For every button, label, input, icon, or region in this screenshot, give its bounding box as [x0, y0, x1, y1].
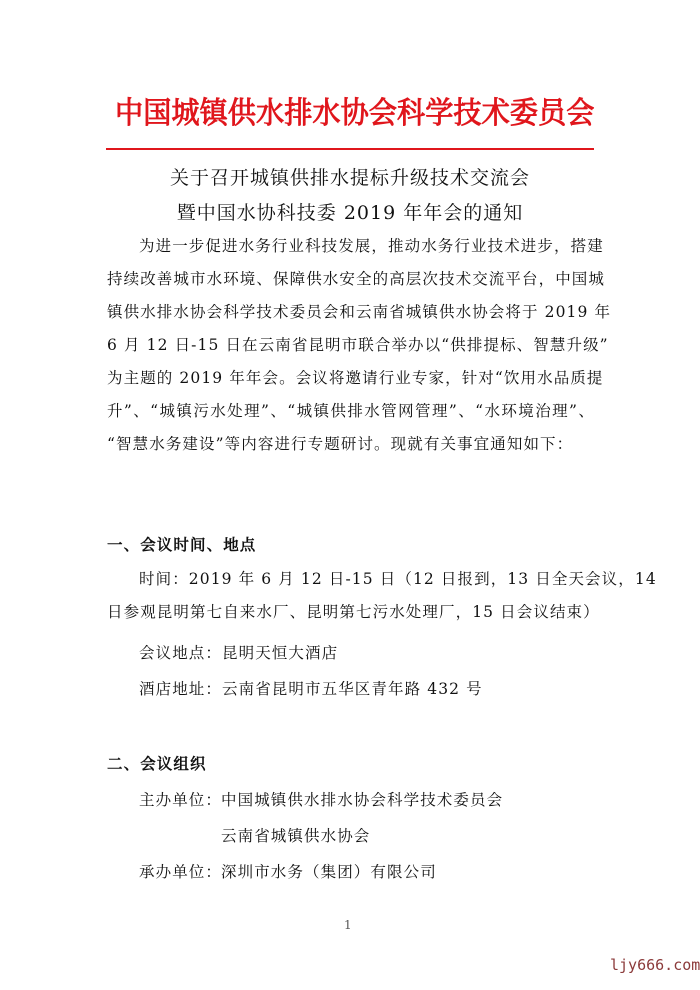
document-page: 中国城镇供水排水协会科学技术委员会 关于召开城镇供排水提标升级技术交流会 暨中国…: [0, 0, 700, 990]
watermark: ljy666.com: [610, 956, 700, 974]
section-heading: 一、会议时间、地点: [107, 534, 595, 556]
meeting-venue: 会议地点：昆明天恒大酒店: [139, 642, 627, 664]
intro-line: 6 月 12 日-15 日在云南省昆明市联合举办以“供排提标、智慧升级”: [107, 334, 595, 356]
document-title-line-1: 关于召开城镇供排水提标升级技术交流会: [100, 163, 600, 193]
intro-line: 持续改善城市水环境、保障供水安全的高层次技术交流平台，中国城: [107, 268, 595, 290]
intro-line: 为主题的 2019 年年会。会议将邀请行业专家，针对“饮用水品质提: [107, 367, 595, 389]
masthead-divider: [106, 148, 594, 150]
intro-line: 镇供水排水协会科学技术委员会和云南省城镇供水协会将于 2019 年: [107, 301, 595, 323]
document-title-line-2: 暨中国水协科技委 2019 年年会的通知: [100, 198, 600, 228]
intro-line: 升”、“城镇污水处理”、“城镇供排水管网管理”、“水环境治理”、: [107, 400, 595, 422]
masthead-organization: 中国城镇供水排水协会科学技术委员会: [115, 92, 585, 136]
meeting-time-line: 日参观昆明第七自来水厂、昆明第七污水处理厂，15 日会议结束）: [107, 601, 595, 623]
host-organization: 云南省城镇供水协会: [221, 825, 370, 847]
intro-line: “智慧水务建设”等内容进行专题研讨。现就有关事宜通知如下：: [107, 433, 595, 455]
page-number: 1: [344, 918, 352, 932]
section-heading: 二、会议组织: [107, 753, 595, 775]
hotel-address: 酒店地址：云南省昆明市五华区青年路 432 号: [139, 678, 627, 700]
intro-line: 为进一步促进水务行业科技发展，推动水务行业技术进步，搭建: [139, 235, 595, 257]
meeting-time-line: 时间：2019 年 6 月 12 日-15 日（12 日报到，13 日全天会议，…: [139, 568, 595, 590]
organizer-label: 承办单位：: [139, 861, 222, 883]
organizer-organization: 深圳市水务（集团）有限公司: [221, 861, 437, 883]
host-organization: 中国城镇供水排水协会科学技术委员会: [221, 789, 503, 811]
host-label: 主办单位：: [139, 789, 222, 811]
